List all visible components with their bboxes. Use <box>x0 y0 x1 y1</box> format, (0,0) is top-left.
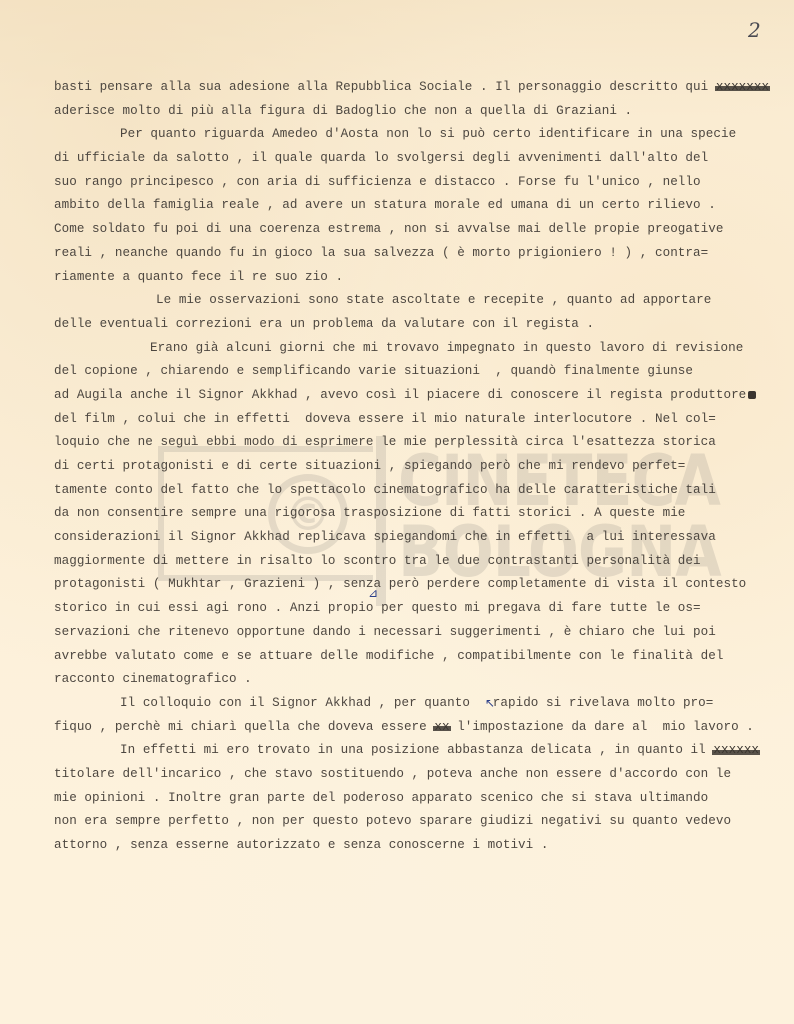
line-text: suo rango principesco , con aria di suff… <box>54 175 701 189</box>
line-text: titolare dell'incarico , che stavo sosti… <box>54 767 731 781</box>
line-text: protagonisti ( Mukhtar , Grazieni ) , se… <box>54 577 746 591</box>
line-text: fiquo , perchè mi chiarì quella che dove… <box>54 720 434 734</box>
text-line: delle eventuali correzioni era un proble… <box>54 313 794 337</box>
line-text: mie opinioni . Inoltre gran parte del po… <box>54 791 708 805</box>
struck-out-word: xxxxxxx <box>716 76 769 100</box>
text-line: del copione , chiarendo e semplificando … <box>54 360 794 384</box>
line-text: basti pensare alla sua adesione alla Rep… <box>54 80 716 94</box>
line-text: tamente conto del fatto che lo spettacol… <box>54 483 716 497</box>
line-text: attorno , senza esserne autorizzato e se… <box>54 838 549 852</box>
page-number: 2 <box>748 18 761 42</box>
text-line: fiquo , perchè mi chiarì quella che dove… <box>54 716 794 740</box>
line-text: Per quanto riguarda Amedeo d'Aosta non l… <box>120 127 736 141</box>
text-line: non era sempre perfetto , non per questo… <box>54 810 794 834</box>
line-text: ambito della famiglia reale , ad avere u… <box>54 198 716 212</box>
text-line: In effetti mi ero trovato in una posizio… <box>54 739 794 763</box>
text-line: tamente conto del fatto che lo spettacol… <box>54 479 794 503</box>
text-line: attorno , senza esserne autorizzato e se… <box>54 834 794 858</box>
text-line: loquio che ne seguì ebbi modo di esprime… <box>54 431 794 455</box>
ink-blot <box>748 391 756 399</box>
text-line: reali , neanche quando fu in gioco la su… <box>54 242 794 266</box>
line-text: ad Augila anche il Signor Akkhad , avevo… <box>54 388 746 402</box>
pen-correction-mark: ⊿ <box>368 586 378 600</box>
struck-out-word: xx <box>434 716 449 740</box>
line-text: del film , colui che in effetti doveva e… <box>54 412 716 426</box>
text-line: Il colloquio con il Signor Akkhad , per … <box>54 692 794 716</box>
line-text: Il colloquio con il Signor Akkhad , per … <box>120 696 713 710</box>
line-text: reali , neanche quando fu in gioco la su… <box>54 246 708 260</box>
line-text: del copione , chiarendo e semplificando … <box>54 364 693 378</box>
text-line: Per quanto riguarda Amedeo d'Aosta non l… <box>54 123 794 147</box>
text-line: Erano già alcuni giorni che mi trovavo i… <box>54 337 794 361</box>
text-line: Come soldato fu poi di una coerenza estr… <box>54 218 794 242</box>
text-line: basti pensare alla sua adesione alla Rep… <box>54 76 794 100</box>
pen-caret-mark: ↖ <box>485 696 495 710</box>
line-text: aderisce molto di più alla figura di Bad… <box>54 104 632 118</box>
text-line: del film , colui che in effetti doveva e… <box>54 408 794 432</box>
line-text: maggiormente di mettere in risalto lo sc… <box>54 554 701 568</box>
text-line: aderisce molto di più alla figura di Bad… <box>54 100 794 124</box>
text-line: avrebbe valutato come e se attuare delle… <box>54 645 794 669</box>
line-text: non era sempre perfetto , non per questo… <box>54 814 731 828</box>
typewritten-page: 2 © CINETECA BOLOGNA basti pensare alla … <box>0 0 794 1024</box>
line-text: loquio che ne seguì ebbi modo di esprime… <box>54 435 716 449</box>
text-line: da non consentire sempre una rigorosa tr… <box>54 502 794 526</box>
line-text: avrebbe valutato come e se attuare delle… <box>54 649 723 663</box>
line-text: Come soldato fu poi di una coerenza estr… <box>54 222 723 236</box>
text-line: suo rango principesco , con aria di suff… <box>54 171 794 195</box>
line-text: Erano già alcuni giorni che mi trovavo i… <box>150 341 743 355</box>
line-text: In effetti mi ero trovato in una posizio… <box>120 743 713 757</box>
line-text: Le mie osservazioni sono state ascoltate… <box>156 293 711 307</box>
text-line: servazioni che ritenevo opportune dando … <box>54 621 794 645</box>
text-line: considerazioni il Signor Akkhad replicav… <box>54 526 794 550</box>
text-line: racconto cinematografico . <box>54 668 794 692</box>
line-text: delle eventuali correzioni era un proble… <box>54 317 594 331</box>
line-text: storico in cui essi agi rono . Anzi prop… <box>54 601 701 615</box>
line-text: da non consentire sempre una rigorosa tr… <box>54 506 685 520</box>
text-line: mie opinioni . Inoltre gran parte del po… <box>54 787 794 811</box>
text-line: titolare dell'incarico , che stavo sosti… <box>54 763 794 787</box>
line-text: di ufficiale da salotto , il quale quard… <box>54 151 708 165</box>
line-text: servazioni che ritenevo opportune dando … <box>54 625 716 639</box>
text-line: di ufficiale da salotto , il quale quard… <box>54 147 794 171</box>
text-line: protagonisti ( Mukhtar , Grazieni ) , se… <box>54 573 794 597</box>
text-line: storico in cui essi agi rono . Anzi prop… <box>54 597 794 621</box>
text-line: di certi protagonisti e di certe situazi… <box>54 455 794 479</box>
line-text: considerazioni il Signor Akkhad replicav… <box>54 530 716 544</box>
line-text: racconto cinematografico . <box>54 672 252 686</box>
text-line: Le mie osservazioni sono state ascoltate… <box>54 289 794 313</box>
text-line: ambito della famiglia reale , ad avere u… <box>54 194 794 218</box>
document-body: basti pensare alla sua adesione alla Rep… <box>54 76 794 858</box>
line-text: riamente a quanto fece il re suo zio . <box>54 270 343 284</box>
struck-out-word: xxxxxx <box>713 739 759 763</box>
line-text-continued: l'impostazione da dare al mio lavoro . <box>450 720 754 734</box>
text-line: maggiormente di mettere in risalto lo sc… <box>54 550 794 574</box>
text-line: ad Augila anche il Signor Akkhad , avevo… <box>54 384 794 408</box>
text-line: riamente a quanto fece il re suo zio . <box>54 266 794 290</box>
line-text: di certi protagonisti e di certe situazi… <box>54 459 685 473</box>
